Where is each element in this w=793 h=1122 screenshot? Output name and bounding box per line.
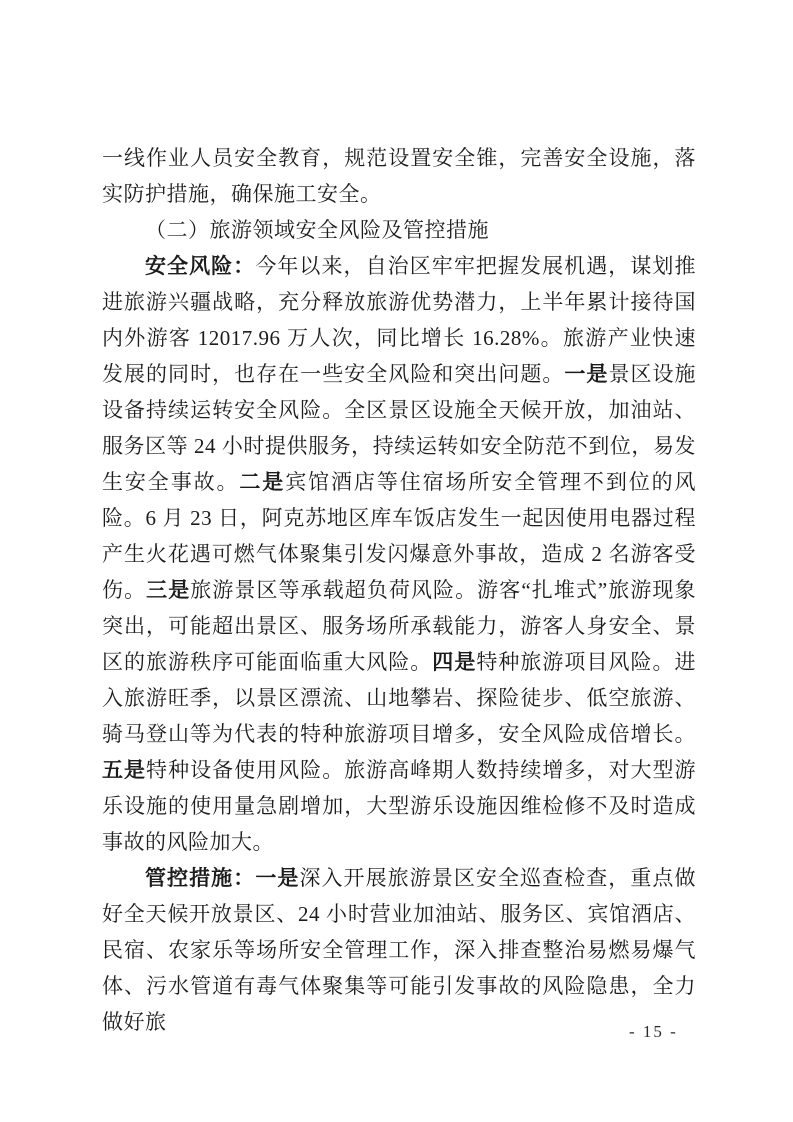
paragraph: 管控措施：一是深入开展旅游景区安全巡查检查，重点做好全天候开放景区、24 小时营… (102, 860, 696, 1040)
document-body: 一线作业人员安全教育，规范设置安全锥，完善安全设施，落实防护措施，确保施工安全。… (102, 140, 696, 1040)
text-segment: （二）旅游领域安全风险及管控措施 (145, 218, 489, 242)
paragraph: 安全风险：今年以来，自治区牢牢把握发展机遇，谋划推进旅游兴疆战略，充分释放旅游优… (102, 248, 696, 860)
text-segment: 三是 (146, 578, 190, 602)
section-heading: （二）旅游领域安全风险及管控措施 (102, 212, 696, 248)
text-segment: 一是 (564, 362, 608, 386)
text-segment: 安全风险： (145, 254, 255, 278)
text-segment: 五是 (102, 758, 146, 782)
text-segment: 四是 (432, 650, 476, 674)
document-page: 一线作业人员安全教育，规范设置安全锥，完善安全设施，落实防护措施，确保施工安全。… (0, 0, 793, 1122)
text-segment: 管控措施： (145, 866, 255, 890)
text-segment: 深入开展旅游景区安全巡查检查，重点做好全天候开放景区、24 小时营业加油站、服务… (102, 866, 696, 1034)
page-number: - 15 - (629, 1020, 709, 1044)
text-segment: 特种设备使用风险。旅游高峰期人数持续增多，对大型游乐设施的使用量急剧增加，大型游… (102, 758, 696, 854)
text-segment: 一是 (255, 866, 299, 890)
paragraph: 一线作业人员安全教育，规范设置安全锥，完善安全设施，落实防护措施，确保施工安全。 (102, 140, 696, 212)
text-segment: 二是 (239, 470, 285, 494)
text-segment: 一线作业人员安全教育，规范设置安全锥，完善安全设施，落实防护措施，确保施工安全。 (102, 146, 696, 206)
